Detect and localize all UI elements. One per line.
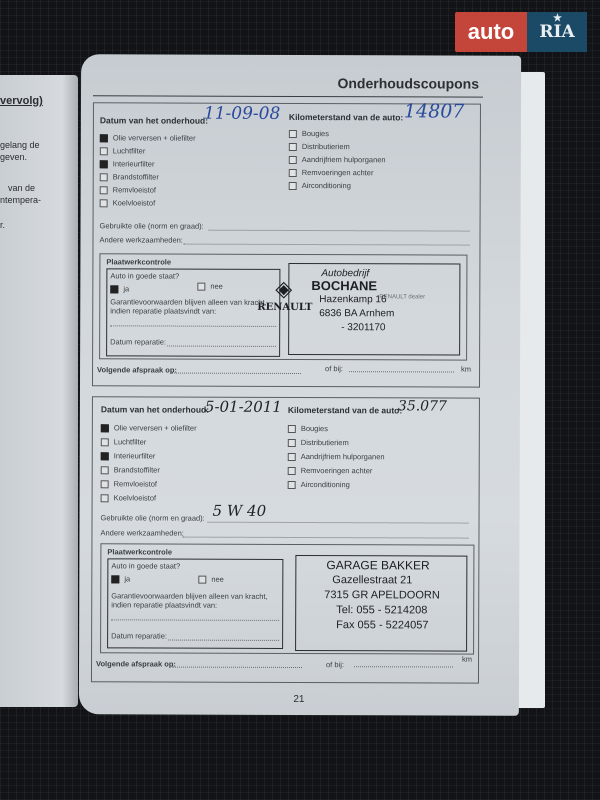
checkbox-checked[interactable] (101, 424, 109, 432)
checkbox[interactable] (197, 283, 205, 291)
yes-option: ja (111, 574, 130, 583)
checkbox[interactable] (288, 481, 296, 489)
km-value: 14807 (404, 100, 465, 122)
repair-date-label: Datum reparatie: (111, 631, 167, 640)
km-value: 35.077 (398, 398, 447, 414)
warranty-text-2: indien reparatie plaatsvindt van: (110, 306, 216, 315)
checklist-item: Remvoeringen achter (289, 168, 374, 177)
repair-date-label: Datum reparatie: (110, 337, 166, 346)
garage-city: 7315 GR APELDOORN (324, 589, 440, 601)
oil-label: Gebruikte olie (norm en graad): (101, 513, 205, 522)
next-appointment-line[interactable] (172, 667, 302, 668)
checklist-item: Luchtfilter (100, 146, 146, 155)
checkbox[interactable] (100, 173, 108, 181)
garage-name: GARAGE BAKKER (326, 558, 429, 572)
garage-street: Gazellestraat 21 (332, 574, 412, 586)
autoria-watermark: auto ★ RIA (455, 12, 591, 54)
checklist-item: Brandstoffilter (100, 172, 159, 181)
km-label: Kilometerstand van de auto: (288, 405, 402, 415)
dealer-street: Hazenkamp 16 (319, 294, 386, 305)
next-appointment-label: Volgende afspraak op: (97, 365, 177, 374)
checkbox[interactable] (289, 156, 297, 164)
dealer-city: 6836 BA Arnhem (319, 308, 394, 319)
star-icon: ★ (553, 13, 562, 24)
checkbox[interactable] (100, 199, 108, 207)
garage-phone: Tel: 055 - 5214208 (336, 604, 427, 616)
checklist-item: Interieurfilter (101, 451, 156, 460)
checklist-item: Distributieriem (289, 142, 350, 151)
bodywork-section: Plaatwerkcontrole Auto in goede staat? j… (100, 543, 474, 654)
km-label: Kilometerstand van de auto: (289, 112, 403, 122)
checklist-item: Koelvloeistof (100, 198, 156, 207)
checklist-item: Bougies (288, 424, 328, 433)
checklist-item: Remvloeistof (100, 185, 156, 194)
checkbox[interactable] (101, 466, 109, 474)
other-work-field-line[interactable] (182, 537, 468, 539)
checklist-item: Distributieriem (288, 438, 349, 447)
left-page-heading: vervolg) (0, 95, 43, 107)
checkbox-checked[interactable] (100, 160, 108, 168)
repair-date-line[interactable] (167, 346, 276, 347)
dealer-phone: - 3201170 (341, 322, 385, 333)
left-page-line: ntempera- (0, 195, 41, 205)
checkbox[interactable] (288, 439, 296, 447)
title-divider (93, 95, 483, 97)
other-work-label: Andere werkzaamheden: (100, 528, 183, 537)
checkbox[interactable] (101, 494, 109, 502)
no-option: nee (197, 282, 223, 291)
bodywork-check-box: Auto in goede staat? ja nee Garantievoor… (107, 558, 283, 649)
or-at-km-line[interactable] (349, 371, 454, 372)
watermark-ria: ★ RIA (527, 12, 587, 52)
checklist-item: Koelvloeistof (101, 493, 157, 502)
renault-logo-icon: ◈ (275, 276, 292, 302)
garage-stamp-box: GARAGE BAKKER Gazellestraat 21 7315 GR A… (295, 555, 467, 652)
checkbox[interactable] (100, 147, 108, 155)
dealer-stamp-box: ◈ RENAULT Autobedrijf BOCHANE RENAULT de… (288, 263, 460, 356)
checklist-item: Aandrijfriem hulporganen (288, 452, 385, 461)
booklet-page: Onderhoudscoupons Datum van het onderhou… (79, 54, 521, 716)
checkbox[interactable] (288, 425, 296, 433)
bodywork-section: Plaatwerkcontrole Auto in goede staat? j… (99, 253, 467, 360)
checklist-item: Remvoeringen achter (288, 466, 373, 475)
checklist-item: Olie verversen + oliefilter (100, 133, 196, 142)
condition-question: Auto in goede staat? (110, 271, 179, 280)
checklist-item: Airconditioning (288, 480, 350, 489)
left-page: vervolg) gelang de geven. van de ntemper… (0, 75, 78, 707)
other-work-label: Andere werkzaamheden: (99, 235, 182, 244)
left-page-line: geven. (0, 152, 27, 162)
service-coupon-2: Datum van het onderhoud: 5-01-2011 Kilom… (91, 396, 480, 683)
oil-value: 5 W 40 (213, 502, 267, 520)
checkbox-checked[interactable] (101, 452, 109, 460)
service-coupon-1: Datum van het onderhoud: 11-09-08 Kilome… (92, 102, 481, 387)
watermark-auto: auto (455, 12, 527, 52)
checkbox[interactable] (101, 480, 109, 488)
checkbox[interactable] (289, 182, 297, 190)
checkbox[interactable] (288, 467, 296, 475)
left-page-line: r. (0, 220, 5, 230)
checkbox[interactable] (198, 576, 206, 584)
checklist-item: Olie verversen + oliefilter (101, 423, 197, 432)
checkbox[interactable] (101, 438, 109, 446)
or-at-label: of bij: (326, 660, 344, 669)
next-appointment-label: Volgende afspraak op: (96, 659, 176, 668)
service-date-value: 5-01-2011 (205, 398, 282, 416)
yes-option: ja (110, 284, 129, 293)
left-page-line: gelang de (0, 140, 40, 150)
condition-question: Auto in goede staat? (111, 561, 180, 570)
oil-field-line[interactable] (208, 522, 469, 524)
checklist-item: Aandrijfriem hulporganen (289, 155, 386, 164)
km-unit: km (462, 655, 472, 664)
next-appointment-line[interactable] (171, 373, 301, 374)
checklist-item: Brandstoffilter (101, 465, 160, 474)
km-unit: km (461, 365, 471, 374)
warranty-text-2: indien reparatie plaatsvindt van: (111, 600, 217, 609)
checklist-item: Bougies (289, 129, 329, 138)
repair-line[interactable] (110, 325, 276, 327)
bodywork-check-box: Auto in goede staat? ja nee Garantievoor… (106, 268, 280, 357)
checkbox-checked[interactable] (100, 134, 108, 142)
or-at-km-line[interactable] (354, 666, 453, 667)
garage-fax: Fax 055 - 5224057 (336, 619, 428, 631)
checklist-item: Interieurfilter (100, 159, 155, 168)
page-title: Onderhoudscoupons (337, 75, 479, 91)
renault-brand: RENAULT (257, 302, 312, 313)
other-work-field-line[interactable] (183, 244, 469, 246)
oil-field-line[interactable] (209, 230, 470, 232)
checkbox[interactable] (100, 186, 108, 194)
checklist-item: Airconditioning (289, 181, 351, 190)
or-at-label: of bij: (325, 364, 343, 373)
repair-date-line[interactable] (168, 640, 279, 641)
checkbox-checked[interactable] (110, 285, 118, 293)
checklist-item: Remvloeistof (101, 479, 157, 488)
no-option: nee (198, 575, 224, 584)
service-date-value: 11-09-08 (204, 104, 280, 124)
bodywork-title: Plaatwerkcontrole (107, 547, 172, 556)
date-label: Datum van het onderhoud: (100, 115, 208, 125)
checkbox[interactable] (289, 169, 297, 177)
oil-label: Gebruikte olie (norm en graad): (100, 221, 204, 230)
checkbox[interactable] (289, 130, 297, 138)
bodywork-title: Plaatwerkcontrole (106, 257, 171, 266)
page-number: 21 (79, 693, 519, 706)
checkbox[interactable] (289, 143, 297, 151)
checklist-item: Luchtfilter (101, 437, 147, 446)
checkbox[interactable] (288, 453, 296, 461)
checkbox-checked[interactable] (111, 575, 119, 583)
date-label: Datum van het onderhoud: (101, 404, 209, 414)
left-page-line: van de (8, 183, 35, 193)
dealer-name: BOCHANE (311, 278, 377, 293)
repair-line[interactable] (111, 619, 279, 621)
